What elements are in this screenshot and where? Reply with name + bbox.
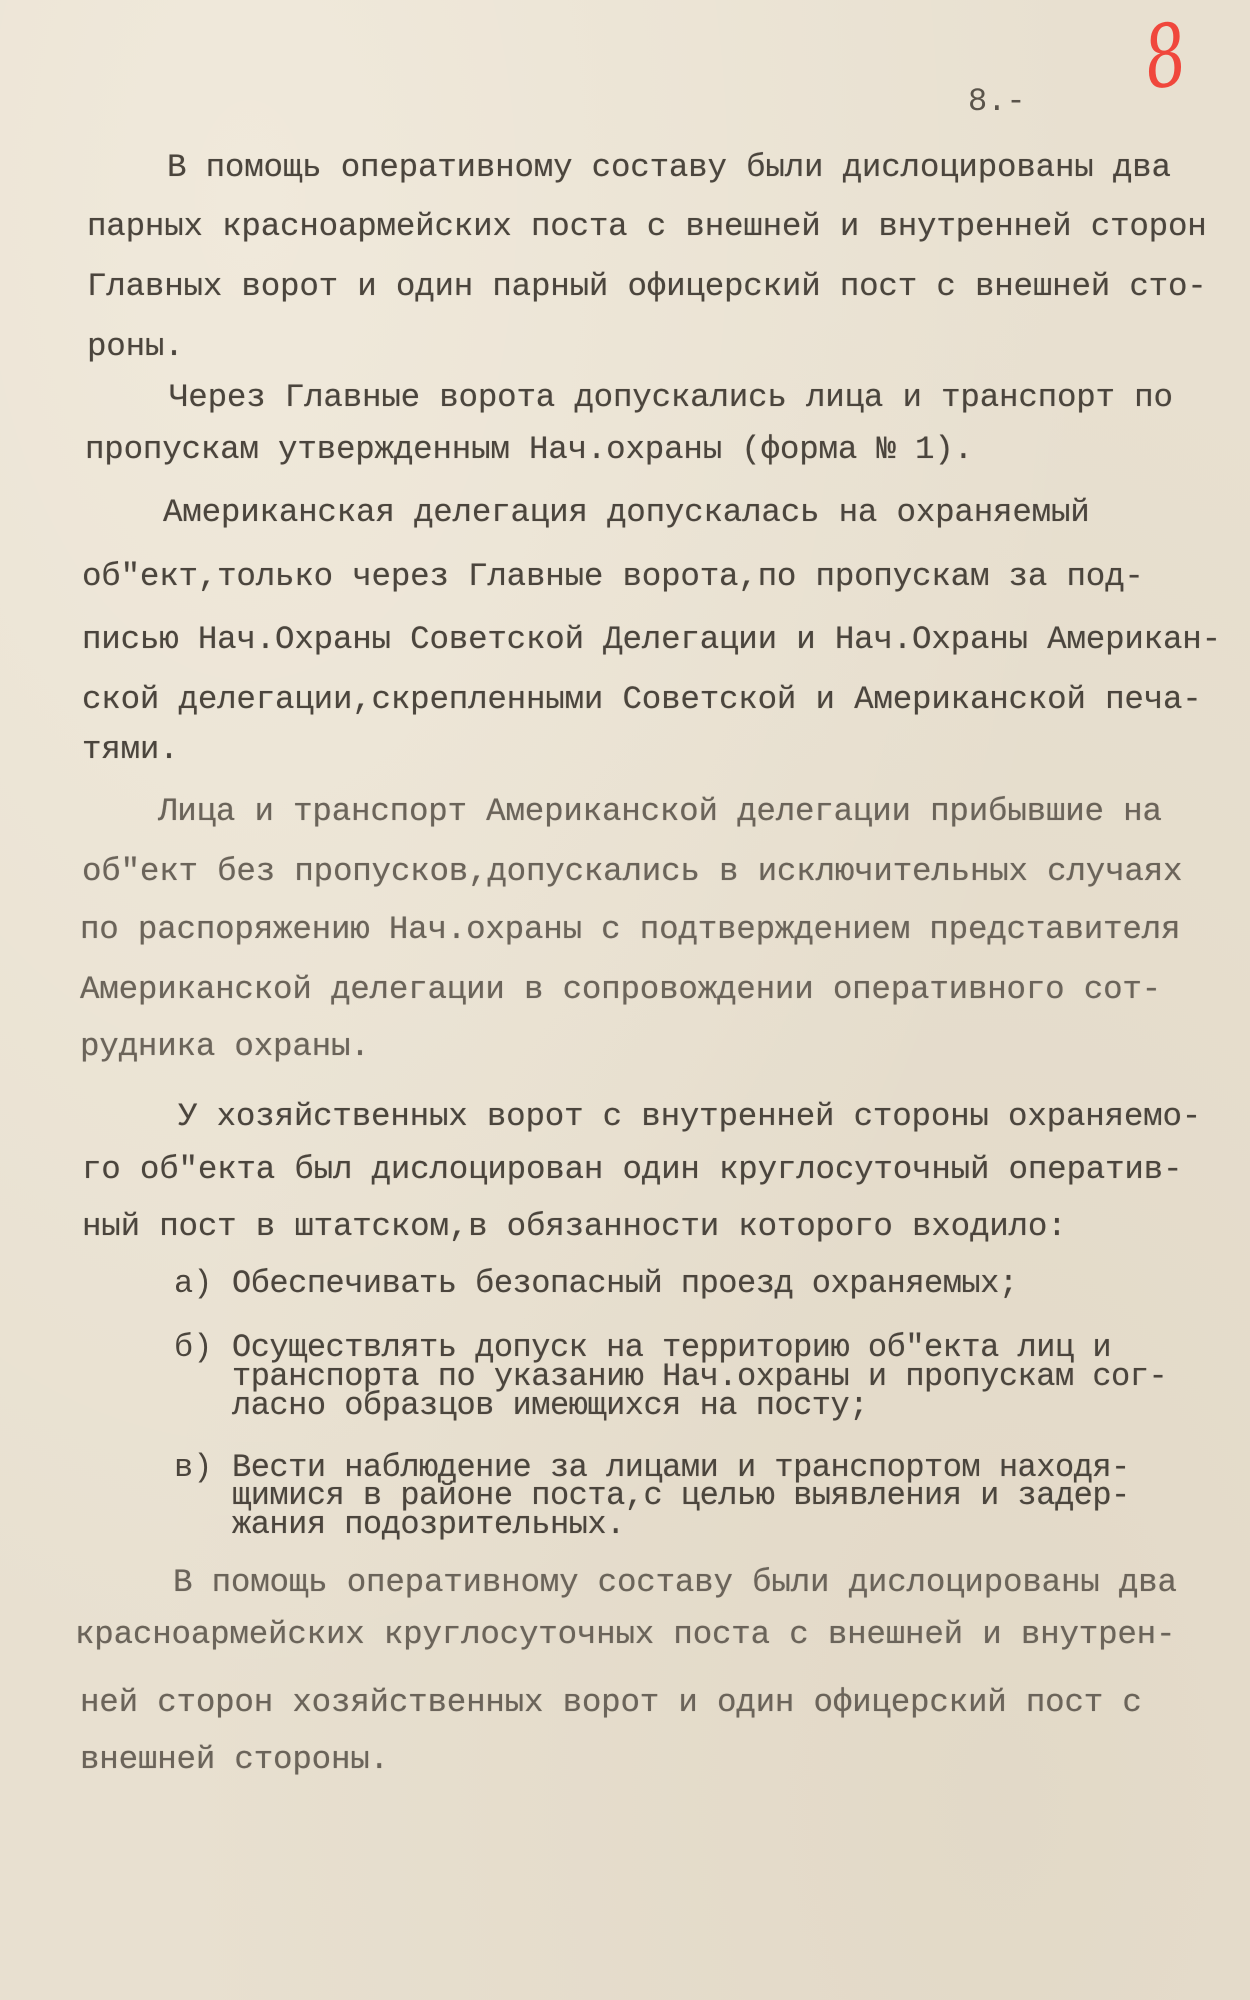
text-line: роны. <box>87 331 184 364</box>
text-line: ней сторон хозяйственных ворот и один оф… <box>80 1687 1142 1720</box>
text-line: об"ект,только через Главные ворота,по пр… <box>82 561 1144 594</box>
text-line: У хозяйственных ворот с внутренней сторо… <box>178 1101 1201 1134</box>
text-line: рудника охраны. <box>80 1031 370 1064</box>
text-line: го об"екта был дислоцирован один круглос… <box>82 1154 1182 1187</box>
text-line: тями. <box>82 734 179 767</box>
text-line: В помощь оперативному составу были дисло… <box>173 1567 1177 1600</box>
text-line: Обеспечивать безопасный проезд охраняемы… <box>232 1268 1018 1300</box>
text-line: Лица и транспорт Американской делегации … <box>158 796 1162 829</box>
text-line: жания подозрительных. <box>232 1509 625 1541</box>
list-marker: а) <box>174 1268 212 1300</box>
handwritten-folio-number: 8 <box>1139 12 1192 103</box>
typed-page-number: 8.- <box>968 86 1026 118</box>
text-line: Через Главные ворота допускались лица и … <box>169 382 1173 415</box>
text-line: красноармейских круглосуточных поста с в… <box>75 1619 1175 1652</box>
text-line: ласно образцов имеющихся на посту; <box>232 1390 868 1422</box>
text-line: внешней стороны. <box>80 1744 389 1777</box>
text-line: парных красноармейских поста с внешней и… <box>87 211 1207 244</box>
text-line: В помощь оперативному составу были дисло… <box>167 152 1171 185</box>
text-line: ный пост в штатском,в обязанности которо… <box>82 1211 1066 1244</box>
text-line: Главных ворот и один парный офицерский п… <box>87 271 1207 304</box>
text-line: по распоряжению Нач.охраны с подтвержден… <box>80 914 1180 947</box>
list-marker: б) <box>174 1332 212 1364</box>
text-line: писью Нач.Охраны Советской Делегации и Н… <box>82 624 1221 657</box>
text-line: об"ект без пропусков,допускались в исклю… <box>82 856 1182 889</box>
text-line: пропускам утвержденным Нач.охраны (форма… <box>85 434 973 467</box>
text-line: Американская делегация допускалась на ох… <box>163 497 1090 530</box>
list-marker: в) <box>174 1452 212 1484</box>
typewritten-document-page: 8 8.- В помощь оперативному составу были… <box>0 0 1250 2000</box>
text-line: ской делегации,скрепленными Советской и … <box>82 684 1202 717</box>
text-line: Американской делегации в сопровождении о… <box>80 974 1161 1007</box>
